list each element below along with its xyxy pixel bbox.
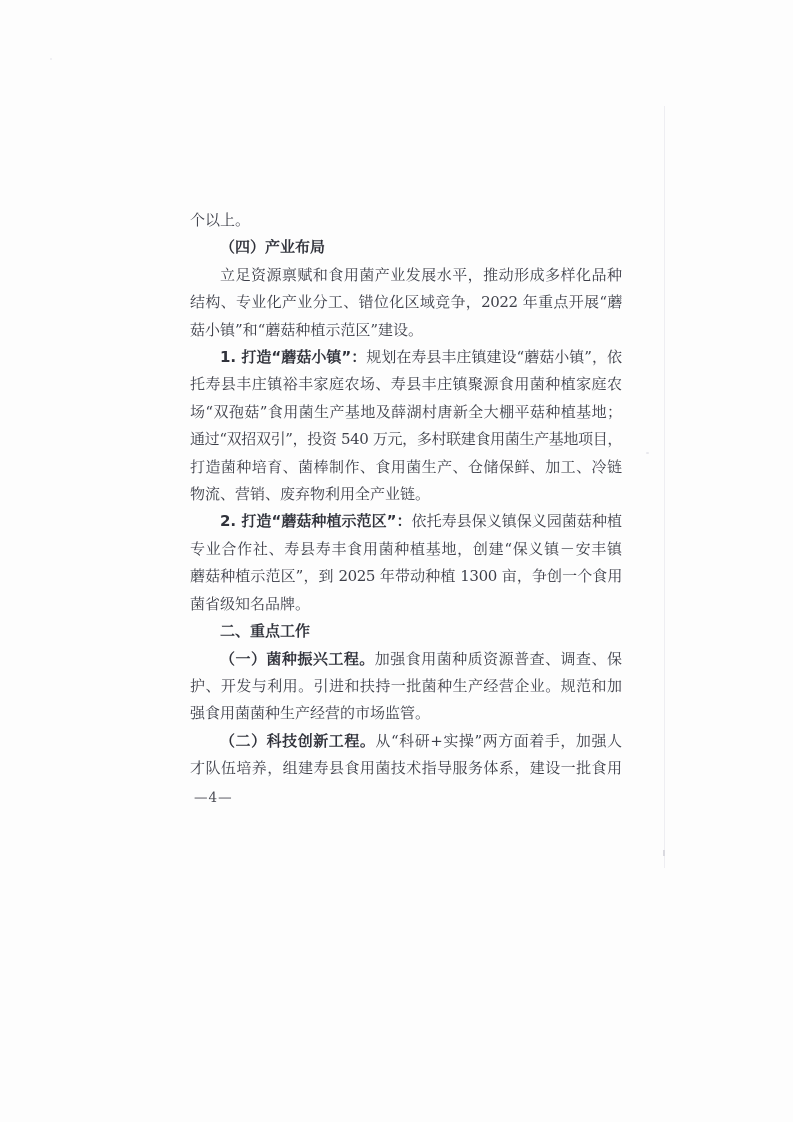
line-text: 场“双孢菇”食用菌生产基地及薛湖村唐新全大棚平菇种植基地； — [190, 403, 622, 421]
text-line: 菌省级知名品牌。 — [190, 591, 622, 618]
page-number: —4— — [194, 790, 233, 806]
scan-edge-line — [664, 106, 665, 868]
line-text: 护、开发与利用。引进和扶持一批菌种生产经营企业。规范和加 — [190, 677, 622, 695]
text-line: 物流、营销、废弃物利用全产业链。 — [190, 481, 622, 508]
text-line: 2. 打造“蘑菇种植示范区”：依托寿县保义镇保义园菌菇种植 — [190, 508, 622, 535]
line-text: 打造菌种培育、菌棒制作、食用菌生产、仓储保鲜、加工、冷链 — [190, 458, 622, 476]
text-line: 强食用菌菌种生产经营的市场监管。 — [190, 700, 622, 727]
line-text: 专业合作社、寿县寿丰食用菌种植基地，创建“保义镇－安丰镇 — [190, 540, 622, 558]
line-text: 菌省级知名品牌。 — [190, 595, 310, 613]
bold-lead: 二、重点工作 — [220, 622, 310, 640]
scanned-document-page: 个以上。 （四）产业布局 立足资源禀赋和食用菌产业发展水平，推动形成多样化品种 … — [0, 0, 793, 1122]
text-line: 托寿县丰庄镇裕丰家庭农场、寿县丰庄镇聚源食用菌种植家庭农 — [190, 371, 622, 398]
bold-lead: （一）菌种振兴工程。 — [220, 650, 375, 668]
line-text: 从“科研+实操”两方面着手，加强人 — [375, 732, 622, 750]
scan-artifact-tick — [663, 850, 665, 856]
scan-artifact-speck — [50, 58, 52, 60]
text-line: （一）菌种振兴工程。加强食用菌种质资源普查、调查、保 — [190, 646, 622, 673]
text-line: 结构、专业化产业分工、错位化区域竞争，2022 年重点开展“蘑 — [190, 289, 622, 316]
line-text: 加强食用菌种质资源普查、调查、保 — [375, 650, 622, 668]
text-line: 打造菌种培育、菌棒制作、食用菌生产、仓储保鲜、加工、冷链 — [190, 454, 622, 481]
bold-lead: （四）产业布局 — [220, 238, 325, 256]
bold-lead: （二）科技创新工程。 — [220, 732, 375, 750]
text-line: 才队伍培养，组建寿县食用菌技术指导服务体系，建设一批食用 — [190, 755, 622, 782]
scan-artifact-speck — [646, 452, 649, 454]
section-heading-line: （四）产业布局 — [190, 234, 622, 261]
line-text: 强食用菌菌种生产经营的市场监管。 — [190, 704, 430, 722]
text-line: 通过“双招双引”，投资 540 万元，多村联建食用菌生产基地项目， — [190, 426, 622, 453]
text-line: （二）科技创新工程。从“科研+实操”两方面着手，加强人 — [190, 728, 622, 755]
section-heading-line: 二、重点工作 — [190, 618, 622, 645]
text-line: 蘑菇种植示范区”，到 2025 年带动种植 1300 亩，争创一个食用 — [190, 563, 622, 590]
line-text: 结构、专业化产业分工、错位化区域竞争，2022 年重点开展“蘑 — [190, 293, 622, 311]
document-body: 个以上。 （四）产业布局 立足资源禀赋和食用菌产业发展水平，推动形成多样化品种 … — [190, 207, 622, 783]
line-text: 蘑菇种植示范区”，到 2025 年带动种植 1300 亩，争创一个食用 — [190, 567, 622, 585]
line-text: 通过“双招双引”，投资 540 万元，多村联建食用菌生产基地项目， — [190, 430, 622, 448]
line-text: 立足资源禀赋和食用菌产业发展水平，推动形成多样化品种 — [220, 266, 622, 284]
text-line: 1. 打造“蘑菇小镇”：规划在寿县丰庄镇建设“蘑菇小镇”，依 — [190, 344, 622, 371]
line-text: 才队伍培养，组建寿县食用菌技术指导服务体系，建设一批食用 — [190, 759, 622, 777]
bold-lead: 1. 打造“蘑菇小镇”： — [220, 348, 366, 366]
text-line: 个以上。 — [190, 207, 622, 234]
line-text: 依托寿县保义镇保义园菌菇种植 — [412, 512, 622, 530]
line-text: 托寿县丰庄镇裕丰家庭农场、寿县丰庄镇聚源食用菌种植家庭农 — [190, 375, 622, 393]
text-line: 专业合作社、寿县寿丰食用菌种植基地，创建“保义镇－安丰镇 — [190, 536, 622, 563]
text-line: 立足资源禀赋和食用菌产业发展水平，推动形成多样化品种 — [190, 262, 622, 289]
line-text: 菇小镇”和“蘑菇种植示范区”建设。 — [190, 321, 423, 339]
line-text: 物流、营销、废弃物利用全产业链。 — [190, 485, 430, 503]
bold-lead: 2. 打造“蘑菇种植示范区”： — [220, 512, 412, 530]
text-line: 护、开发与利用。引进和扶持一批菌种生产经营企业。规范和加 — [190, 673, 622, 700]
text-line: 场“双孢菇”食用菌生产基地及薛湖村唐新全大棚平菇种植基地； — [190, 399, 622, 426]
line-text: 个以上。 — [190, 211, 250, 229]
text-line: 菇小镇”和“蘑菇种植示范区”建设。 — [190, 317, 622, 344]
line-text: 规划在寿县丰庄镇建设“蘑菇小镇”，依 — [366, 348, 622, 366]
